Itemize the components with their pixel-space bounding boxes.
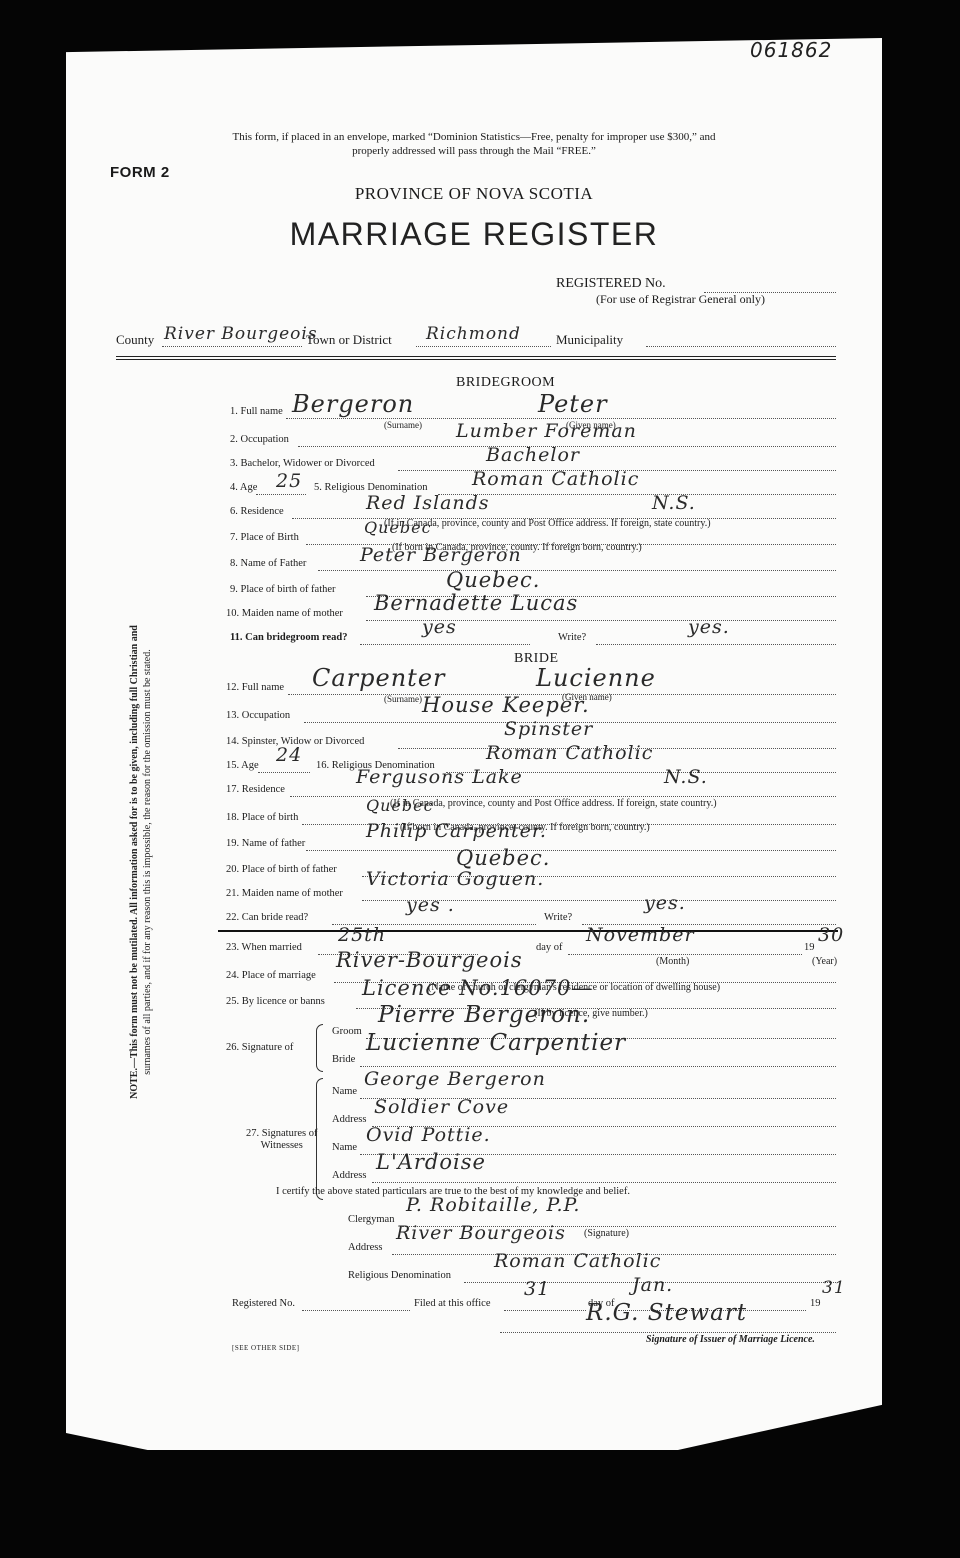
bride-father-birthplace: Quebec.	[456, 846, 550, 870]
bride-mother-label: 21. Maiden name of mother	[226, 888, 343, 899]
clergy-religion: Roman Catholic	[494, 1250, 661, 1272]
see-other-side: [SEE OTHER SIDE]	[232, 1344, 300, 1352]
bride-full-name-label: 12. Full name	[226, 682, 284, 693]
bride-birthplace-label: 18. Place of birth	[226, 812, 298, 823]
registered-no-note: (For use of Registrar General only)	[596, 292, 765, 307]
groom-father-field[interactable]	[318, 570, 836, 571]
place-of-marriage-label: 24. Place of marriage	[226, 970, 316, 981]
clergy-address: River Bourgeois	[396, 1222, 566, 1244]
witness1-name: George Bergeron	[364, 1068, 546, 1090]
mail-notice: This form, if placed in an envelope, mar…	[66, 130, 882, 158]
groom-sig-label: Groom	[332, 1026, 362, 1037]
marriage-month: November	[586, 924, 695, 946]
bride-age-label: 15. Age	[226, 760, 259, 771]
brace	[316, 1024, 323, 1072]
issuer-signature: R.G. Stewart	[586, 1300, 747, 1326]
bride-father: Philip Carpenter.	[366, 820, 547, 842]
groom-age: 25	[276, 470, 302, 492]
issuer-hint: Signature of Issuer of Marriage Licence.	[646, 1334, 815, 1345]
witnesses-label-line2: Witnesses	[246, 1140, 317, 1152]
side-note-line2: surnames of all parties, and if for any …	[141, 562, 154, 1162]
bride-surname: Carpenter	[312, 664, 446, 692]
registered-no-field-bottom[interactable]	[302, 1310, 410, 1311]
groom-father-birthplace-label: 9. Place of birth of father	[230, 584, 336, 595]
witness2-name-label: Name	[332, 1142, 357, 1153]
clergy-religion-label: Religious Denomination	[348, 1270, 451, 1281]
filed-day: 31	[524, 1278, 550, 1300]
filed-year-prefix: 19	[810, 1298, 821, 1309]
day-of-label: day of	[536, 942, 563, 953]
county-field[interactable]	[162, 346, 302, 347]
bride-residence-label: 17. Residence	[226, 784, 285, 795]
page-title: MARRIAGE REGISTER	[66, 216, 882, 253]
filed-year: 31	[822, 1278, 846, 1298]
filed-label: Filed at this office	[414, 1298, 491, 1309]
bride-birthplace: Quebec	[366, 796, 434, 815]
bridegroom-heading: BRIDEGROOM	[456, 375, 555, 391]
marriage-year: 30	[818, 924, 844, 946]
groom-father-label: 8. Name of Father	[230, 558, 306, 569]
groom-status: Bachelor	[486, 444, 580, 466]
bride-father-field[interactable]	[306, 850, 836, 851]
witness2-name: Ovid Pottie.	[366, 1124, 491, 1146]
bride-signature-field[interactable]	[360, 1066, 836, 1067]
county-label: County	[116, 332, 154, 348]
side-note-line1: NOTE.—This form must not be mutilated. A…	[128, 562, 141, 1162]
bride-status: Spinster	[504, 718, 593, 740]
bride-write: yes.	[644, 892, 686, 914]
surname-hint: (Surname)	[384, 420, 422, 430]
groom-residence-state: N.S.	[652, 492, 696, 514]
signature-of-label: 26. Signature of	[226, 1042, 293, 1053]
witness2-address-field[interactable]	[372, 1182, 836, 1183]
province-heading: PROVINCE OF NOVA SCOTIA	[66, 184, 882, 204]
town-value: Richmond	[426, 324, 521, 344]
groom-write: yes.	[688, 616, 730, 638]
year-hint: (Year)	[812, 956, 837, 967]
groom-write-field[interactable]	[596, 644, 836, 645]
groom-full-name-label: 1. Full name	[230, 406, 283, 417]
divider	[116, 356, 836, 360]
bride-age-field[interactable]	[258, 772, 310, 773]
county-value: River Bourgeois	[164, 324, 318, 344]
groom-religion: Roman Catholic	[472, 468, 639, 490]
mail-notice-line2: properly addressed will pass through the…	[66, 144, 882, 158]
municipality-field[interactable]	[646, 346, 836, 347]
month-field[interactable]	[568, 954, 802, 955]
licence-label: 25. By licence or banns	[226, 996, 325, 1007]
divider	[218, 930, 838, 932]
groom-father-birthplace: Quebec.	[446, 568, 540, 592]
filed-day-field[interactable]	[504, 1310, 586, 1311]
registered-no-label: REGISTERED No.	[556, 276, 666, 292]
groom-age-field[interactable]	[256, 494, 306, 495]
witness2-address-label: Address	[332, 1170, 366, 1181]
bride-mother: Victoria Goguen.	[366, 868, 544, 890]
side-note: NOTE.—This form must not be mutilated. A…	[128, 562, 154, 1162]
municipality-label: Municipality	[556, 332, 623, 348]
month-hint: (Month)	[656, 956, 689, 967]
registered-no-text: REGISTERED No.	[556, 276, 666, 291]
groom-occupation-label: 2. Occupation	[230, 434, 289, 445]
bride-read: yes .	[406, 894, 455, 916]
witness1-address-label: Address	[332, 1114, 366, 1125]
year-prefix: 19	[804, 942, 815, 953]
groom-mother-label: 10. Maiden name of mother	[226, 608, 343, 619]
groom-birthplace: Quebec	[364, 518, 432, 537]
groom-birthplace-label: 7. Place of Birth	[230, 532, 299, 543]
clergy-address-label: Address	[348, 1242, 382, 1253]
town-label: Town or District	[306, 332, 392, 348]
bride-occupation: House Keeper.	[422, 693, 590, 717]
groom-read-label: 11. Can bridegroom read?	[230, 632, 347, 643]
groom-residence: Red Islands	[366, 492, 490, 514]
bride-age: 24	[276, 744, 302, 766]
bride-given-name: Lucienne	[536, 664, 656, 692]
groom-given-name: Peter	[538, 390, 608, 418]
bride-read-label: 22. Can bride read?	[226, 912, 308, 923]
clergyman-label: Clergyman	[348, 1214, 394, 1225]
groom-mother: Bernadette Lucas	[374, 591, 578, 615]
witnesses-label-line1: 27. Signatures of	[246, 1128, 317, 1140]
bride-sig-label: Bride	[332, 1054, 355, 1065]
bride-occupation-label: 13. Occupation	[226, 710, 290, 721]
serial-number: 061862	[750, 38, 832, 62]
signature-hint: (Signature)	[584, 1228, 629, 1239]
marriage-day: 25th	[338, 924, 386, 946]
clergyman-signature: P. Robitaille, P.P.	[406, 1194, 580, 1216]
witness2-address: L'Ardoise	[376, 1150, 486, 1174]
groom-read-field[interactable]	[360, 644, 530, 645]
registered-no-label-bottom: Registered No.	[232, 1298, 295, 1309]
groom-status-label: 3. Bachelor, Widower or Divorced	[230, 458, 375, 469]
residence-hint: (If in Canada, province, county and Post…	[384, 518, 711, 529]
bride-father-label: 19. Name of father	[226, 838, 305, 849]
groom-age-label: 4. Age	[230, 482, 257, 493]
licence-value: Licence No.16070—	[362, 976, 593, 1000]
bride-surname-hint: (Surname)	[384, 694, 422, 704]
issuer-signature-field[interactable]	[500, 1332, 836, 1333]
groom-full-name-field[interactable]	[286, 418, 836, 419]
bride-residence-state: N.S.	[664, 766, 708, 788]
groom-write-label: Write?	[558, 632, 586, 643]
groom-residence-label: 6. Residence	[230, 506, 284, 517]
bride-signature: Lucienne Carpentier	[366, 1030, 626, 1056]
bride-father-birthplace-label: 20. Place of birth of father	[226, 864, 337, 875]
witnesses-label: 27. Signatures of Witnesses	[246, 1128, 317, 1152]
groom-surname: Bergeron	[292, 390, 414, 418]
witness1-address: Soldier Cove	[374, 1096, 509, 1118]
groom-read: yes	[422, 616, 457, 638]
groom-religion-field[interactable]	[438, 494, 836, 495]
brace	[316, 1078, 323, 1200]
town-field[interactable]	[416, 346, 551, 347]
groom-father: Peter Bergeron	[360, 544, 522, 566]
bride-residence: Fergusons Lake	[356, 766, 523, 788]
witness1-name-label: Name	[332, 1086, 357, 1097]
bride-write-label: Write?	[544, 912, 572, 923]
groom-signature: Pierre Bergeron.	[378, 1002, 590, 1028]
place-of-marriage: River-Bourgeois	[336, 948, 523, 972]
groom-occupation: Lumber Foreman	[456, 420, 637, 442]
mail-notice-line1: This form, if placed in an envelope, mar…	[66, 130, 882, 144]
when-married-label: 23. When married	[226, 942, 302, 953]
bride-religion: Roman Catholic	[486, 742, 653, 764]
marriage-register-page: 061862 This form, if placed in an envelo…	[66, 38, 882, 1450]
bride-residence-hint: (If in Canada, province, county and Post…	[390, 798, 717, 809]
filed-month: Jan.	[632, 1274, 673, 1296]
form-number: FORM 2	[110, 164, 170, 181]
